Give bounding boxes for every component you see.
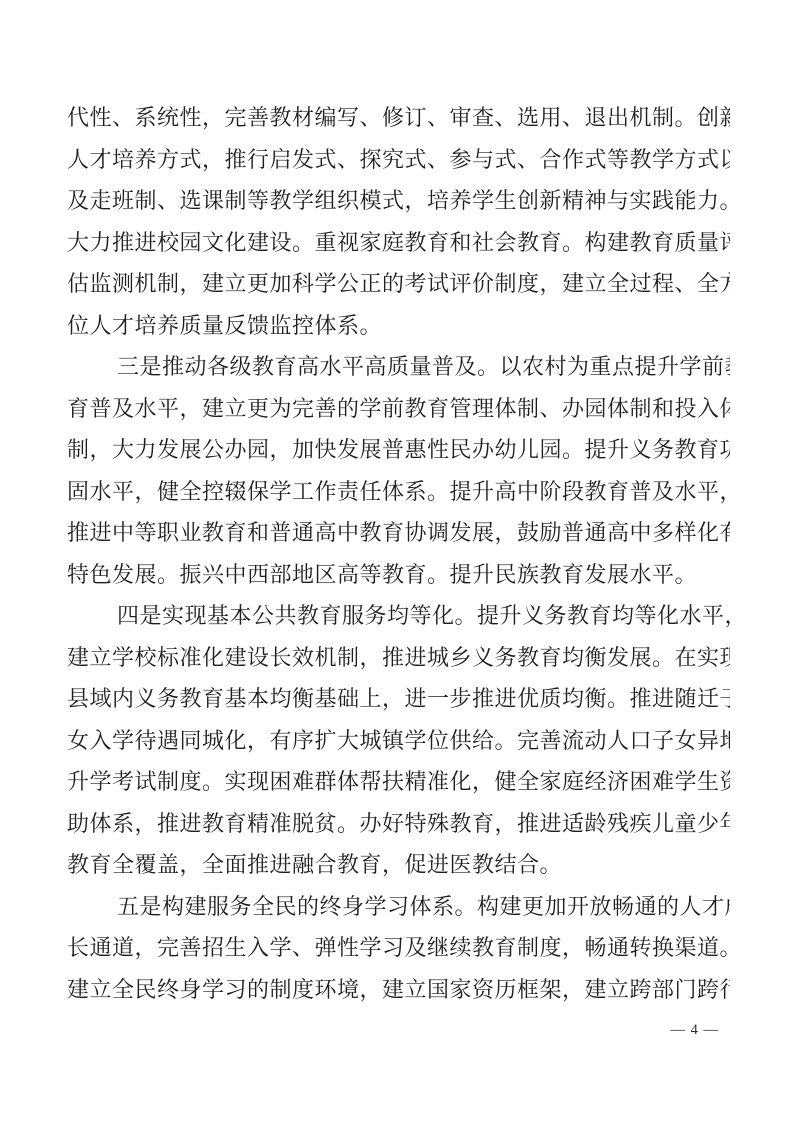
text-line: 估监测机制，建立更加科学公正的考试评价制度，建立全过程、全方 — [67, 263, 730, 305]
text-line: 长通道，完善招生入学、弹性学习及继续教育制度，畅通转换渠道。 — [67, 927, 730, 969]
text-line: 育普及水平，建立更为完善的学前教育管理体制、办园体制和投入体 — [67, 388, 730, 430]
text-line: 助体系，推进教育精准脱贫。办好特殊教育，推进适龄残疾儿童少年 — [67, 803, 730, 845]
document-body: 代性、系统性，完善教材编写、修订、审查、选用、退出机制。创新 人才培养方式，推行… — [67, 97, 730, 1010]
text-line: 五是构建服务全民的终身学习体系。构建更加开放畅通的人才成 — [67, 886, 730, 928]
text-line: 位人才培养质量反馈监控体系。 — [67, 305, 730, 347]
text-line: 三是推动各级教育高水平高质量普及。以农村为重点提升学前教 — [67, 346, 730, 388]
text-line: 县域内义务教育基本均衡基础上，进一步推进优质均衡。推进随迁子 — [67, 678, 730, 720]
text-line: 特色发展。振兴中西部地区高等教育。提升民族教育发展水平。 — [67, 554, 730, 596]
text-line: 制，大力发展公办园，加快发展普惠性民办幼儿园。提升义务教育巩 — [67, 429, 730, 471]
text-line: 建立全民终身学习的制度环境，建立国家资历框架，建立跨部门跨行 — [67, 969, 730, 1011]
text-line: 升学考试制度。实现困难群体帮扶精准化，健全家庭经济困难学生资 — [67, 761, 730, 803]
text-line: 女入学待遇同城化，有序扩大城镇学位供给。完善流动人口子女异地 — [67, 720, 730, 762]
text-line: 推进中等职业教育和普通高中教育协调发展，鼓励普通高中多样化有 — [67, 512, 730, 554]
text-line: 代性、系统性，完善教材编写、修订、审查、选用、退出机制。创新 — [67, 97, 730, 139]
text-line: 固水平，健全控辍保学工作责任体系。提升高中阶段教育普及水平， — [67, 471, 730, 513]
text-line: 及走班制、选课制等教学组织模式，培养学生创新精神与实践能力。 — [67, 180, 730, 222]
text-line: 四是实现基本公共教育服务均等化。提升义务教育均等化水平， — [67, 595, 730, 637]
document-page: 代性、系统性，完善教材编写、修订、审查、选用、退出机制。创新 人才培养方式，推行… — [0, 0, 793, 1122]
page-number: — 4 — — [671, 1020, 720, 1040]
text-line: 人才培养方式，推行启发式、探究式、参与式、合作式等教学方式以 — [67, 139, 730, 181]
text-line: 建立学校标准化建设长效机制，推进城乡义务教育均衡发展。在实现 — [67, 637, 730, 679]
text-line: 教育全覆盖，全面推进融合教育，促进医教结合。 — [67, 844, 730, 886]
text-line: 大力推进校园文化建设。重视家庭教育和社会教育。构建教育质量评 — [67, 222, 730, 264]
